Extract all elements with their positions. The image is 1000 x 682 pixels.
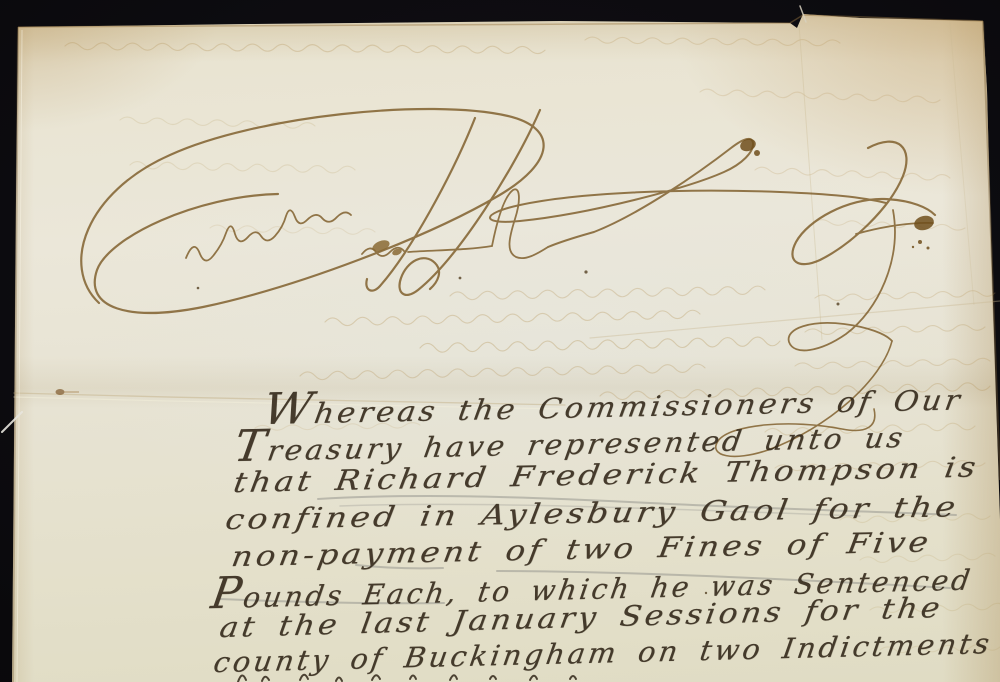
photo-background: Whereas the Commissioners of Our Treasur…	[0, 0, 1000, 682]
